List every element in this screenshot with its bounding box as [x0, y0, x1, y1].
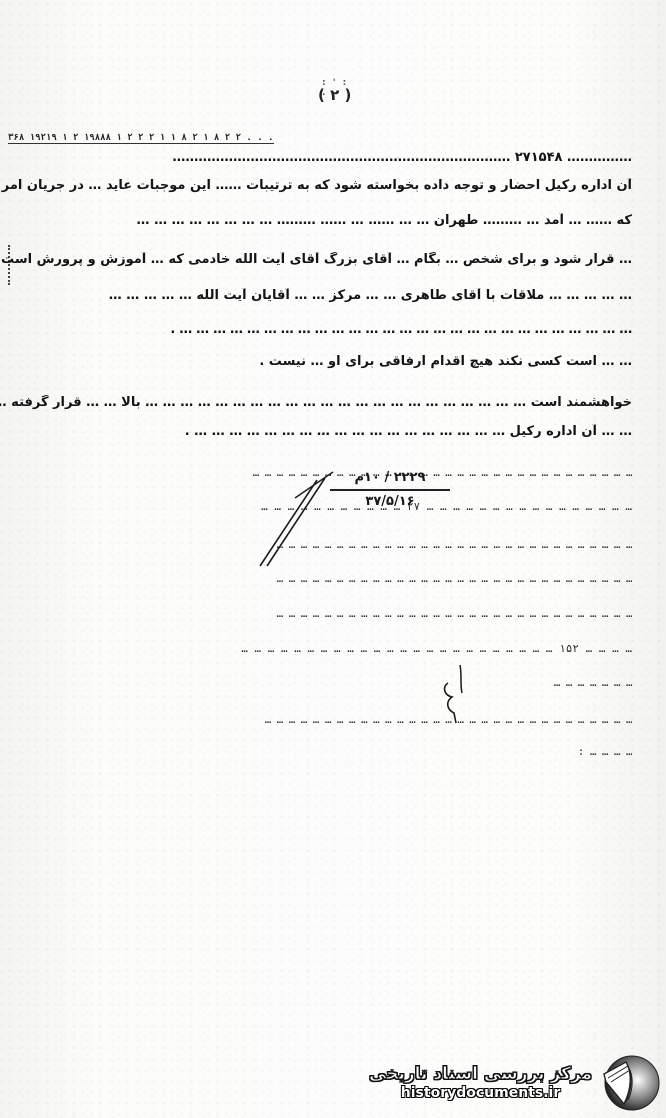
document-line: … … … … ۱۵۲ … … … … … … … … … … … … … … … [241, 642, 632, 655]
registration-stamp: ۲۲۲۹ / ۱۰م ۳۷/۵/۱۶ [330, 470, 450, 509]
strike-through-marks [255, 468, 335, 568]
document-line: … … است کسی نکند هیچ اقدام ارفاقی برای ا… [259, 354, 632, 369]
publisher-watermark: مرکز بررسی اسناد تاریخی historydocuments… [369, 1052, 660, 1114]
page-number-marks: : ' : . [322, 78, 351, 98]
stamp-number: ۲۲۲۹ / ۱۰م [330, 470, 450, 485]
document-line: … … … … … … … [554, 676, 632, 689]
document-line: … … … … : [578, 745, 632, 758]
stamp-rule [330, 489, 450, 491]
document-line: … … آن اداره رکیل … … … … … … … … … … … … [185, 424, 632, 439]
document-line: … … … … … … … … … … … … … … … … … … … … … [277, 572, 632, 585]
document-archive-logo-icon [598, 1052, 660, 1114]
document-line: … … … … … … … … … … … … … … … … … … … … … [170, 322, 632, 337]
watermark-title: مرکز بررسی اسناد تاریخی [369, 1064, 592, 1084]
document-line: … … … … … ملاقات با آقای طاهری … … مرکز … [109, 288, 632, 303]
watermark-url: historydocuments.ir [401, 1084, 560, 1102]
signature [440, 665, 480, 725]
document-line: خواهشمند است … … … … … … … … … … … … … …… [0, 395, 632, 410]
stamp-date: ۳۷/۵/۱۶ [330, 494, 450, 509]
document-line: … قرار شود و برای شخص … بگام … آقای بزرگ… [0, 252, 632, 267]
document-line: …………… ۲۷۱۵۴۸ …………………………………………………………………… [172, 150, 632, 165]
document-line: … … … … … … … … … … … … … … … … … … … … … [277, 607, 632, 620]
page-number: : ' : . ( ۲ ) [318, 86, 351, 104]
watermark-texts: مرکز بررسی اسناد تاریخی historydocuments… [369, 1064, 592, 1102]
header-reference-strip: ۳۶۸ ۱۹۲۱۹ ۱ ۲ ۱۹۸۸۸ ۱ ۲ ۲ ۲ ۱ ۱ ۸ ۲ ۱ ۸ … [8, 133, 274, 144]
document-line: که …… … آمد … ……… طهران … … …… … …… ……… … [137, 213, 632, 228]
document-line: آن اداره رکیل احضار و توجه داده بخواسته … [0, 178, 632, 193]
